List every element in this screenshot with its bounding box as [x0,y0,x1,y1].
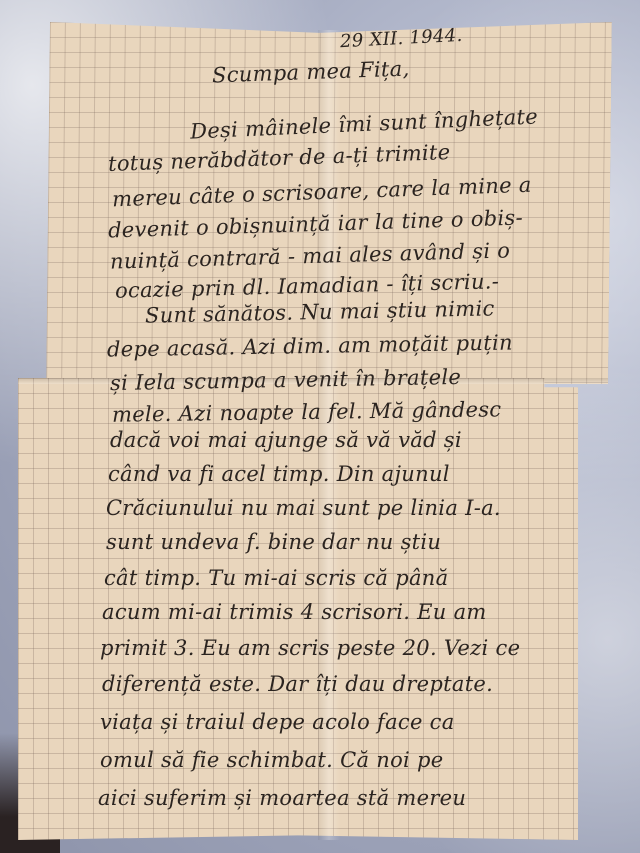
letter-line: cât timp. Tu mi-ai scris că până [104,566,448,590]
letter-line: când va fi acel timp. Din ajunul [108,462,450,486]
letter-line: Crăciunului nu mai sunt pe linia I-a. [106,496,501,520]
letter-line: omul să fie schimbat. Că noi pe [100,748,443,772]
letter-line: dacă voi mai ajunge să vă văd și [110,428,462,452]
letter-line: acum mi-ai trimis 4 scrisori. Eu am [102,600,487,624]
letter-line: viața și traiul depe acolo face ca [100,710,455,734]
letter-line: sunt undeva f. bine dar nu știu [106,530,441,554]
letter-line: diferență este. Dar îți dau dreptate. [102,672,493,696]
letter-line: primit 3. Eu am scris peste 20. Vezi ce [100,636,520,660]
letter-line: aici suferim și moartea stă mereu [98,786,466,810]
